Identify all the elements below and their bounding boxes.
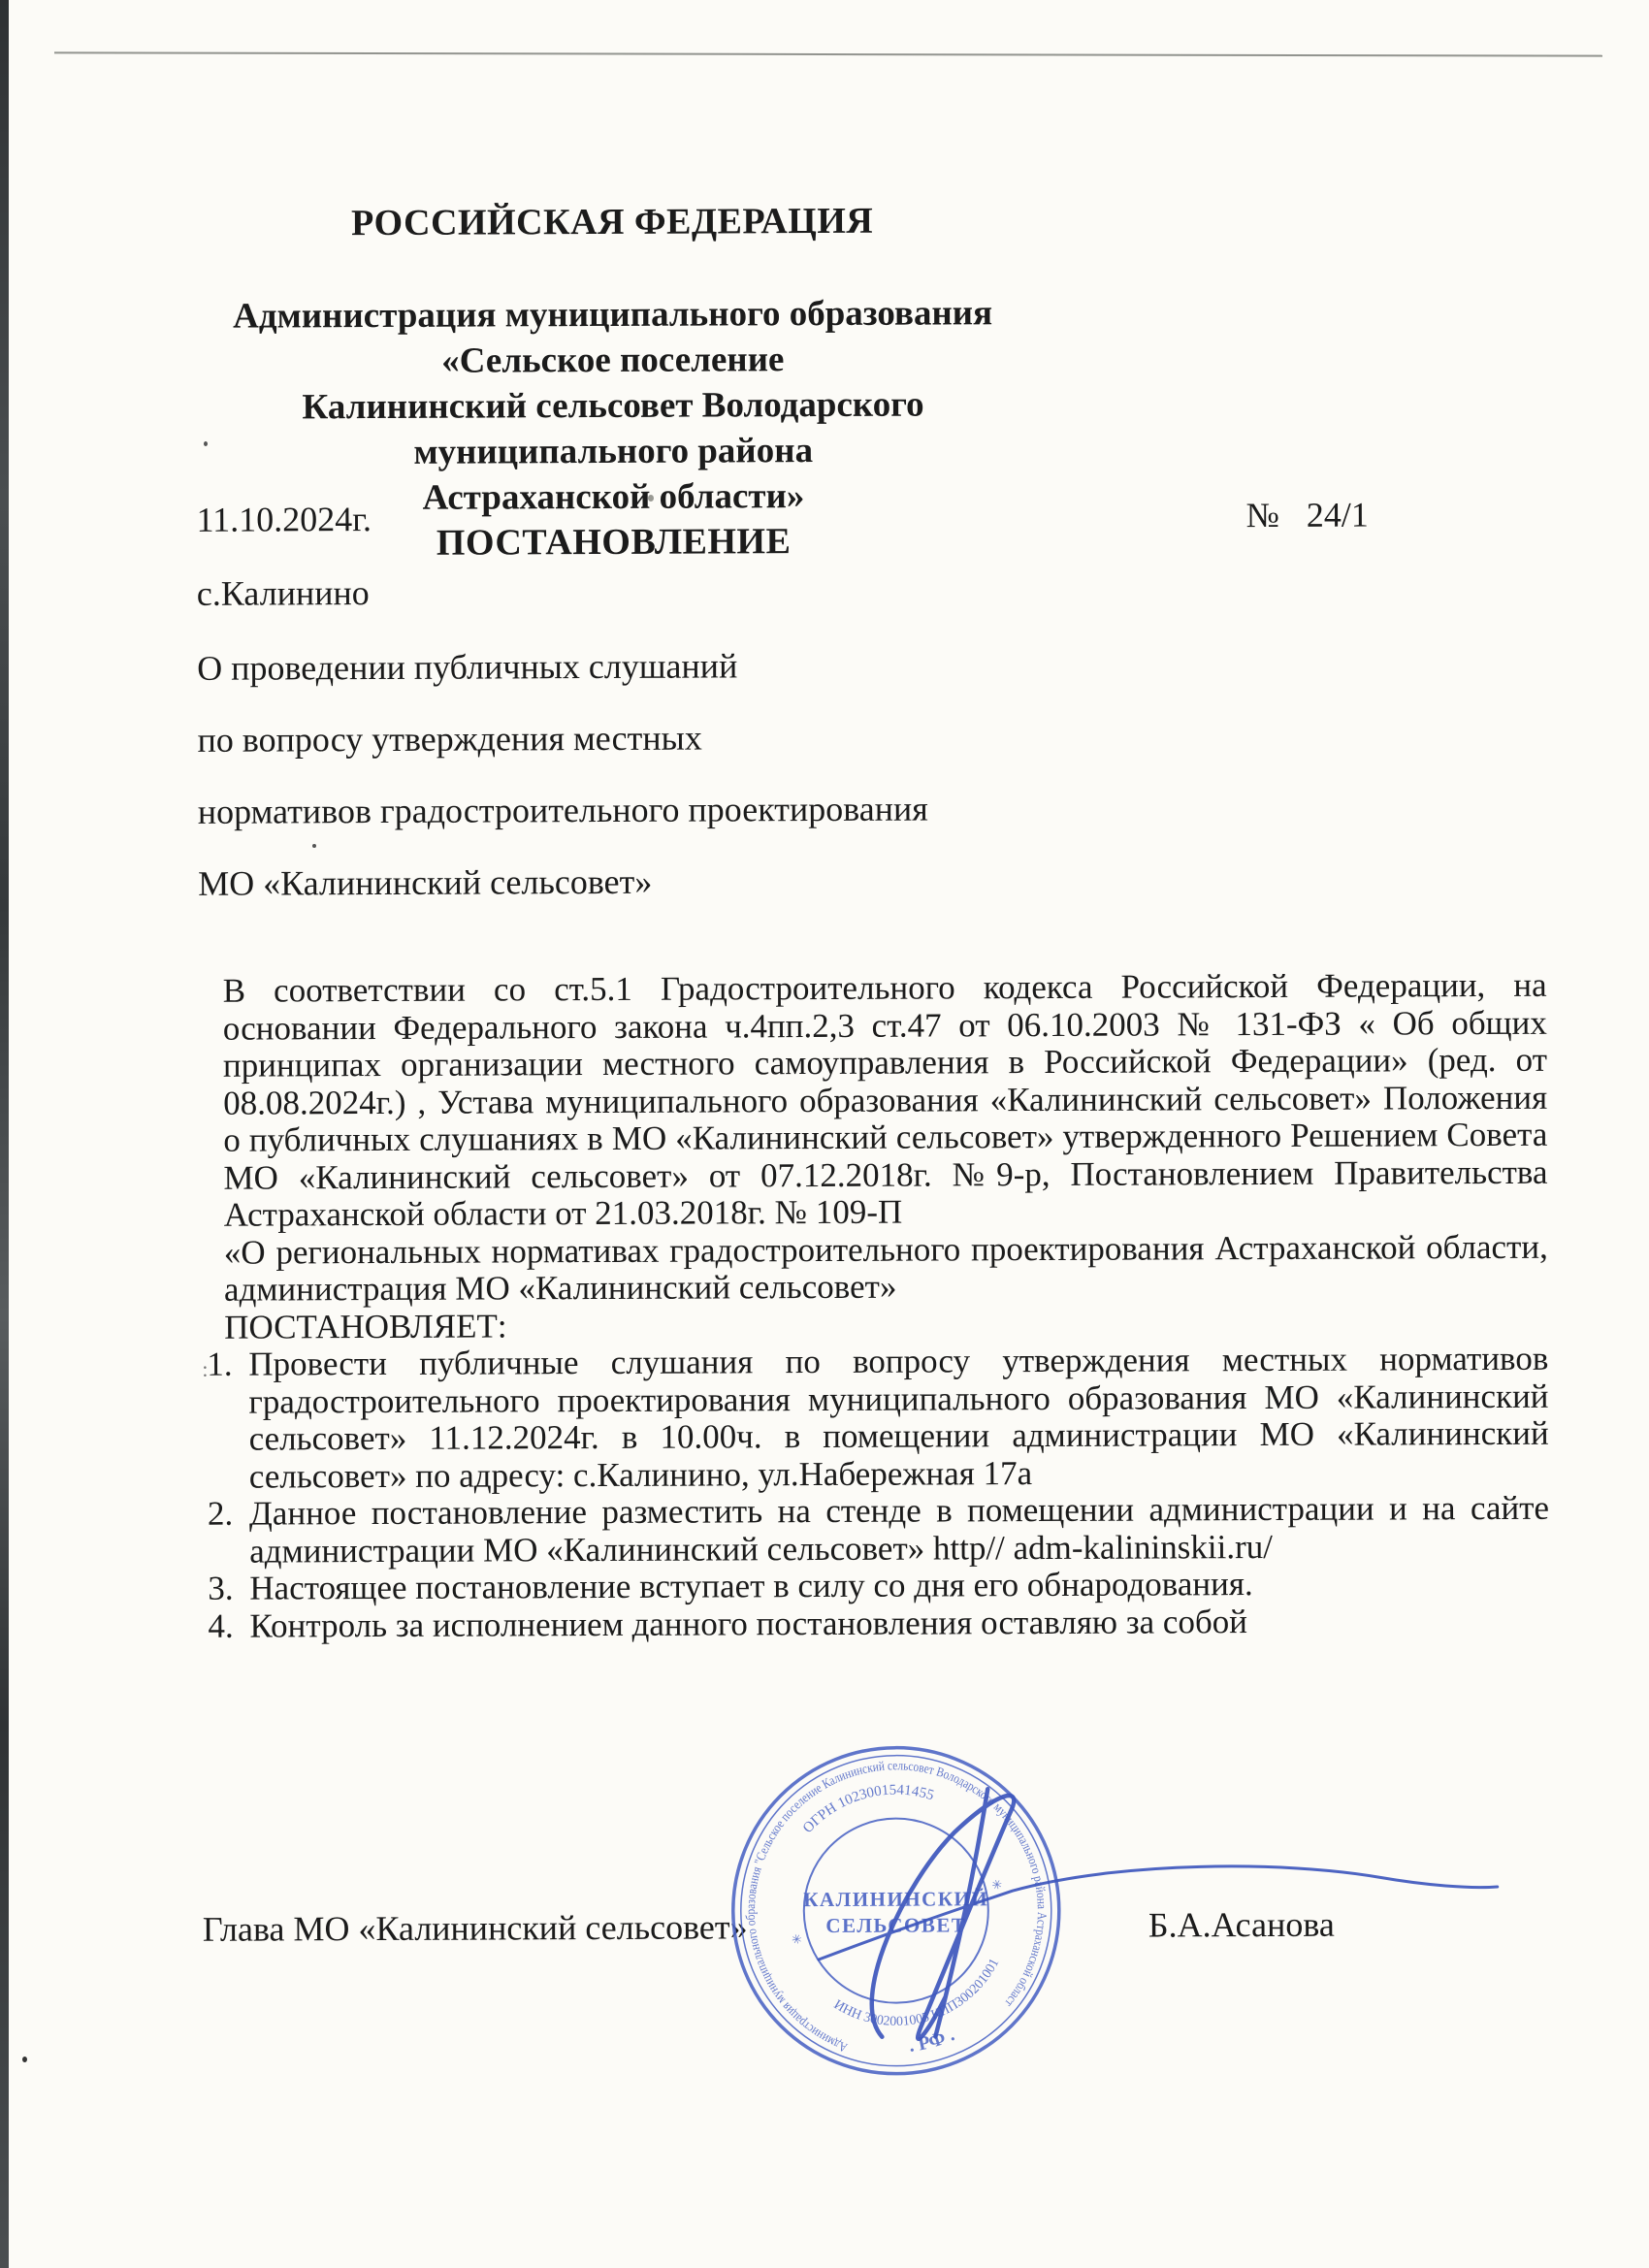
- number-value: 24/1: [1307, 496, 1369, 535]
- org-line: Администрация муниципального образования…: [172, 290, 1054, 385]
- stamp-ogrn-text: ОГРН 1023001541455: [794, 1768, 939, 1838]
- item-text: Данное постановление разместить на стенд…: [249, 1490, 1549, 1571]
- federation-title: РОССИЙСКАЯ ФЕДЕРАЦИЯ: [219, 199, 1005, 245]
- item-text: Настоящее постановление вступает в силу …: [249, 1565, 1549, 1607]
- item-number: 3.: [201, 1571, 249, 1608]
- item-text: Провести публичные слушания по вопросу у…: [248, 1341, 1549, 1496]
- stamp-rf-text: . РФ .: [905, 2024, 958, 2058]
- list-item: 3. Настоящее постановление вступает в си…: [201, 1565, 1549, 1608]
- scan-artifact: :: [202, 1357, 208, 1382]
- document-date: 11.10.2024г.: [196, 499, 372, 540]
- document-place: с.Калинино: [197, 572, 370, 614]
- document-body: В соответствии со ст.5.1 Градостроительн…: [199, 967, 1550, 1645]
- preamble-paragraph-2: «О региональных нормативах градостроител…: [200, 1228, 1548, 1309]
- subject-block: О проведении публичных слушаний по вопро…: [197, 648, 928, 938]
- resolution-items: 1. Провести публичные слушания по вопрос…: [200, 1341, 1549, 1645]
- list-item: 4. Контроль за исполнением данного поста…: [201, 1602, 1549, 1645]
- subject-line: О проведении публичных слушаний: [197, 648, 927, 686]
- item-number: 4.: [201, 1607, 249, 1645]
- signer-title: Глава МО «Калининский сельсовет»: [203, 1906, 748, 1949]
- stamp-star-right: ✳: [990, 1876, 1005, 1893]
- subject-line: МО «Калининский сельсовет»: [198, 863, 928, 901]
- subject-line: нормативов градостроительного проектиров…: [198, 792, 928, 829]
- item-text: Контроль за исполнением данного постанов…: [249, 1602, 1549, 1644]
- stamp-star-left: ✳: [790, 1930, 804, 1947]
- document-page: РОССИЙСКАЯ ФЕДЕРАЦИЯ Администрация муниц…: [0, 0, 1649, 2268]
- document-number: №24/1: [1245, 495, 1369, 536]
- list-item: 1. Провести публичные слушания по вопрос…: [200, 1341, 1549, 1496]
- item-number: 2.: [201, 1496, 249, 1571]
- preamble-paragraph: В соответствии со ст.5.1 Градостроительн…: [199, 967, 1548, 1235]
- subject-line: по вопросу утверждения местных: [197, 720, 927, 758]
- list-item: 2. Данное постановление разместить на ст…: [201, 1490, 1549, 1571]
- official-stamp: Администрация муниципального образования…: [701, 1714, 1518, 2106]
- number-sign: №: [1245, 496, 1279, 535]
- org-line: Калининский сельсовет Володарского муниц…: [172, 381, 1054, 476]
